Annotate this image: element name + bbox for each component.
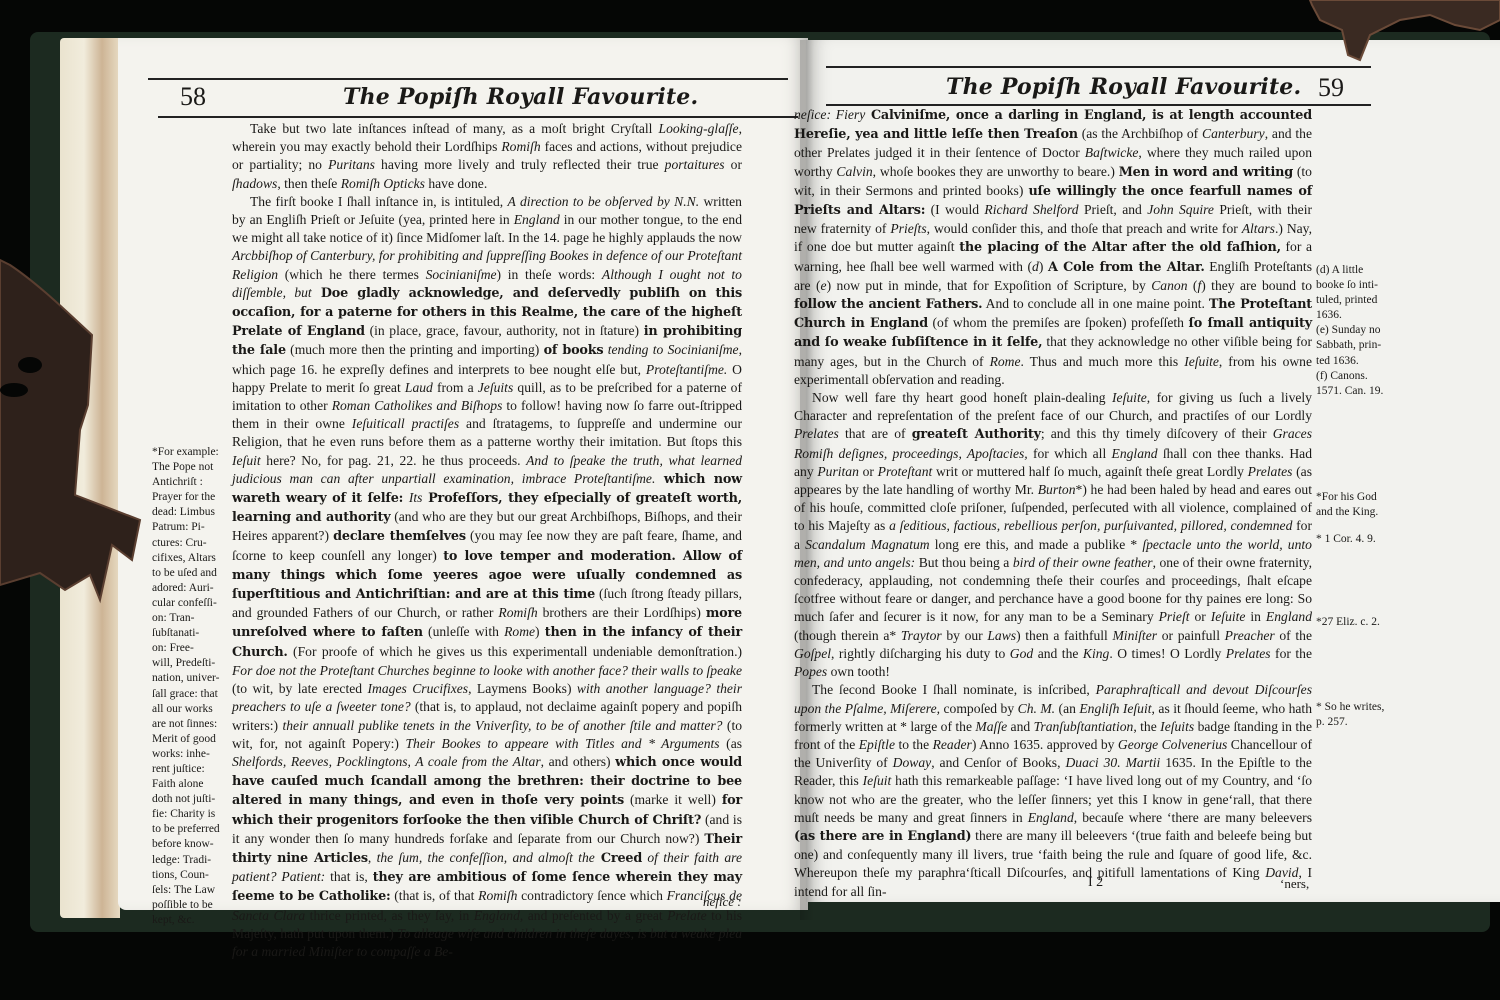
margin-note: * So he writes,p. 257.	[1316, 700, 1384, 730]
margin-line: ſels: The Law	[152, 883, 232, 898]
right-page: The Popiſh Royall Favourite. 59 neſice: …	[806, 40, 1500, 902]
margin-line: works: inhe-	[152, 747, 232, 762]
margin-line: doth not juſti-	[152, 792, 232, 807]
margin-line: on: Tran-	[152, 611, 232, 626]
margin-line: (d) A little	[1316, 263, 1383, 278]
margin-line: Patrum: Pi-	[152, 520, 232, 535]
margin-line: Prayer for the	[152, 490, 232, 505]
paragraph: The ſecond Booke I ſhall nominate, is in…	[794, 681, 1312, 900]
left-page-body: Take but two late inſtances inſtead of m…	[232, 120, 742, 961]
margin-line: all our works	[152, 702, 232, 717]
page-clip-top-right	[1280, 0, 1500, 65]
margin-line: * So he writes,	[1316, 700, 1384, 715]
catchword: neſice :	[703, 894, 742, 910]
running-title: The Popiſh Royall Favourite.	[946, 74, 1301, 100]
margin-line: 1571. Can. 19.	[1316, 384, 1383, 399]
margin-line: adored: Auri-	[152, 581, 232, 596]
header-rule-bottom	[158, 116, 798, 118]
margin-line: 1636.	[1316, 308, 1383, 323]
margin-line: booke ſo inti-	[1316, 278, 1383, 293]
margin-line: on: Free-	[152, 641, 232, 656]
margin-line: ledge: Tradi-	[152, 853, 232, 868]
margin-line: fie: Charity is	[152, 807, 232, 822]
paragraph: neſice: Fiery Calviniſme, once a darling…	[794, 106, 1312, 389]
page-clip-left	[0, 255, 150, 615]
margin-line: rent juſtice:	[152, 762, 232, 777]
margin-line: tions, Coun-	[152, 868, 232, 883]
header-rule-top	[148, 78, 788, 80]
catchword: ‘ners,	[1280, 876, 1309, 892]
margin-line: * 1 Cor. 4. 9.	[1316, 532, 1376, 547]
margin-line: (f) Canons.	[1316, 369, 1383, 384]
margin-line: and the King.	[1316, 505, 1378, 520]
margin-line: Sabbath, prin-	[1316, 338, 1383, 353]
margin-line: will, Predeſti-	[152, 656, 232, 671]
running-title: The Popiſh Royall Favourite.	[343, 84, 698, 110]
margin-line: nation, univer-	[152, 671, 232, 686]
margin-note: *For his Godand the King.	[1316, 490, 1378, 520]
margin-line: (e) Sunday no	[1316, 323, 1383, 338]
margin-line: ctures: Cru-	[152, 536, 232, 551]
page-number: 58	[180, 82, 206, 112]
margin-line: ted 1636.	[1316, 354, 1383, 369]
header-rule-top	[826, 66, 1371, 68]
paragraph: Now well fare thy heart good honeſt plai…	[794, 389, 1312, 681]
margin-line: kept, &c.	[152, 913, 232, 928]
signature-mark: I 2	[1088, 875, 1103, 891]
margin-line: to be preferred	[152, 822, 232, 837]
margin-line: ſubſtanati-	[152, 626, 232, 641]
margin-line: cular confeſſi-	[152, 596, 232, 611]
margin-line: p. 257.	[1316, 715, 1384, 730]
margin-line: poſſible to be	[152, 898, 232, 913]
margin-note: * 1 Cor. 4. 9.	[1316, 532, 1376, 547]
margin-line: ſall grace: that	[152, 687, 232, 702]
margin-line: cifixes, Altars	[152, 551, 232, 566]
margin-line: The Pope not	[152, 460, 232, 475]
margin-line: *For his God	[1316, 490, 1378, 505]
margin-line: *27 Eliz. c. 2.	[1316, 615, 1380, 630]
book-gutter	[800, 40, 814, 920]
paragraph: Take but two late inſtances inſtead of m…	[232, 120, 742, 193]
left-page: 58 The Popiſh Royall Favourite. Take but…	[118, 38, 808, 910]
margin-line: Merit of good	[152, 732, 232, 747]
paragraph: The firſt booke I ſhall inſtance in, is …	[232, 193, 742, 961]
margin-line: dead: Limbus	[152, 505, 232, 520]
margin-line: tuled, printed	[1316, 293, 1383, 308]
margin-line: to be uſed and	[152, 566, 232, 581]
margin-line: *For example:	[152, 445, 232, 460]
margin-note: *27 Eliz. c. 2.	[1316, 615, 1380, 630]
margin-line: are not ſinnes:	[152, 717, 232, 732]
right-page-body: neſice: Fiery Calviniſme, once a darling…	[794, 106, 1312, 901]
left-margin-note: *For example:The Pope notAntichriſt :Pra…	[152, 445, 232, 928]
margin-line: Faith alone	[152, 777, 232, 792]
margin-note: (d) A littlebooke ſo inti-tuled, printed…	[1316, 263, 1383, 399]
margin-line: Antichriſt :	[152, 475, 232, 490]
page-number: 59	[1318, 73, 1344, 103]
margin-line: before know-	[152, 837, 232, 852]
